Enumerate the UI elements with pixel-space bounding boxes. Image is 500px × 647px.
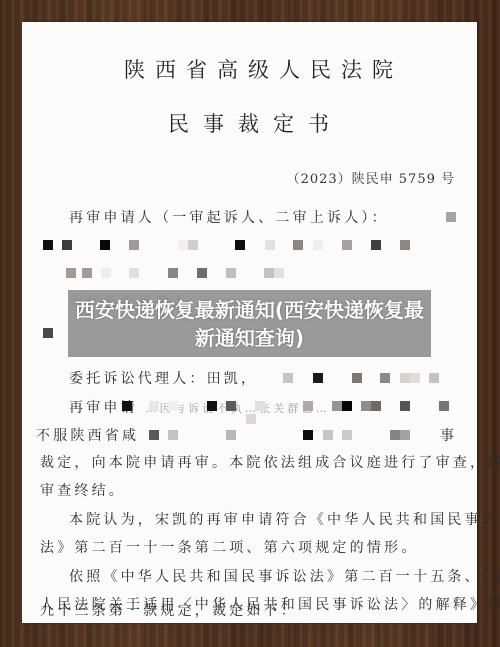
redaction-block [43, 328, 53, 338]
court-view-line-1: 本院认为，宋凯的再审申请符合《中华人民共和国民事诉讼 [69, 509, 500, 529]
not-accept-line: 不服陕西省咸 [36, 425, 139, 445]
headline-overlay-banner: 西安快递恢复最新通知(西安快递恢复最新通知查询) [68, 290, 431, 357]
retrial-applicant-line: 再审申请 …因与诉讼不执…张关群讼… [69, 397, 330, 417]
applicant-heading: 再审申请人（一审起诉人、二审上诉人）： [69, 207, 389, 227]
legal-basis-line-1: 依照《中华人民共和国民事诉讼法》第二百一十五条、《最高 [69, 566, 500, 586]
court-view-line-2: 法》第二百一十一条第二项、第六项规定的情形。 [40, 537, 418, 557]
legal-basis-line-3: 九十三条第一款规定，裁定如下： [40, 600, 298, 620]
not-accept-suffix: 事 [440, 425, 457, 445]
ruling-line: 裁定，向本院申请再审。本院依法组成合议庭进行了审查，现已 [40, 452, 500, 472]
headline-text: 西安快递恢复最新通知(西安快递恢复最新通知查询) [68, 296, 431, 352]
document-type-title: 民事裁定书 [22, 108, 477, 138]
not-accept-prefix: 不服陕西省咸 [36, 428, 139, 444]
agent-named-line: 委托诉讼代理人：田凯， [69, 368, 258, 388]
case-number: （2023）陕民申 5759 号 [287, 168, 455, 187]
review-end-line: 审查终结。 [40, 480, 126, 500]
court-name: 陕西省高级人民法院 [22, 54, 477, 84]
